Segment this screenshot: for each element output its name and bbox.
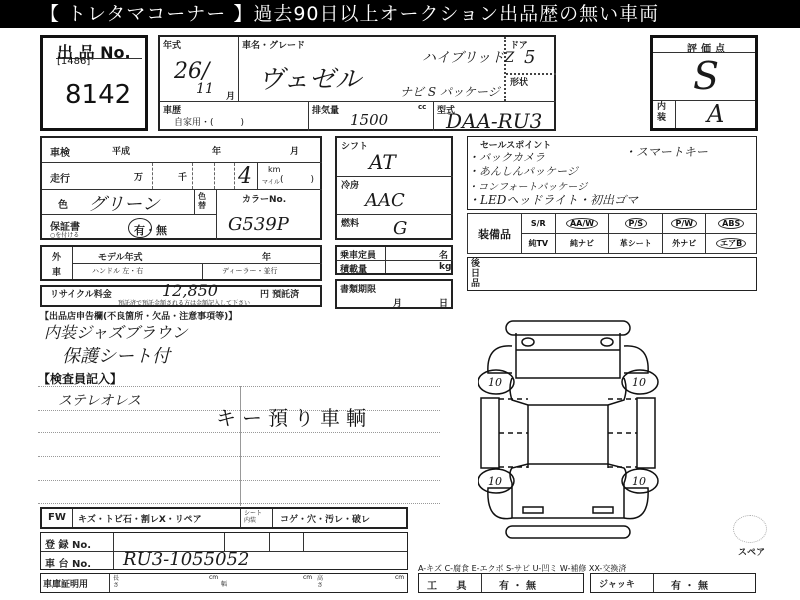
model-value: DAA-RU3 (446, 109, 542, 133)
car-name-label: 車名・グレード (242, 38, 305, 51)
handle-option: ハンドル 左・右 (92, 266, 143, 276)
tools-block: 工 具 有 ・ 無 (418, 573, 584, 593)
garage-width: 幅 (221, 579, 227, 588)
equip-airbag: エアB (716, 238, 746, 249)
equip-abs: ABS (718, 218, 744, 229)
spare-label: スペア (738, 545, 765, 558)
equip-ext-nav: 外ナビ (663, 234, 706, 254)
seller-note-2: 保護シート付 (62, 342, 170, 368)
foreign-label-1: 外 (52, 250, 61, 263)
color-label: 色 (58, 196, 68, 211)
color-change-label: 色替 (198, 192, 208, 210)
grade-score-box: 評価点 S 内装 A (650, 35, 758, 131)
fw-items: キズ・トビ石・割レX・リペア (78, 512, 202, 525)
equip-aaw: AA/W (566, 218, 598, 229)
recycle-label: リサイクル料金 (50, 287, 112, 300)
tire-mark-rear-left: 10 (488, 475, 502, 488)
later-items-label: 後日品 (471, 259, 481, 289)
tools-label: 工 具 (427, 577, 474, 592)
dealer-option: ディーラー・並行 (222, 266, 277, 276)
sales-points-block: セールスポイント ・バックカメラ ・あんしんパッケージ ・コンフォートパッケージ… (467, 136, 757, 210)
aircon-value: AAC (365, 190, 405, 211)
garage-label: 車庫証明用 (43, 577, 88, 590)
inspector-label: 【検査員記入】 (38, 370, 122, 387)
lot-sub: [1486] (57, 56, 90, 67)
inspection-block: 車検 平成 年 月 走行 万 千 4 km マイル ( ) 色 グリーン 色替 … (40, 136, 322, 240)
fw-block: FW キズ・トビ石・割レX・リペア シート内装 コゲ・穴・汚レ・破レ (40, 507, 408, 529)
capacity-block: 乗車定員 名 積載量 kg (335, 245, 453, 275)
interior-score: A (707, 100, 724, 128)
spare-tire-icon (733, 515, 767, 543)
docs-day: 日 (439, 296, 448, 309)
displacement-unit: cc (418, 103, 426, 111)
mileage-unit-km: km (268, 165, 280, 174)
tire-mark-front-left: 10 (488, 376, 502, 389)
docs-label: 書類期限 (340, 282, 376, 295)
recycle-unit: 円 預託済 (260, 287, 299, 300)
inspector-note: ステレオレス (58, 390, 141, 410)
displacement-label: 排気量 (312, 103, 339, 116)
equip-sr: S/R (522, 214, 556, 234)
interior-label: 内装 (657, 102, 669, 124)
aircon-label: 冷房 (341, 178, 359, 191)
sales-point-extra: ・スマートキー (624, 143, 708, 160)
jack-block: ジャッキ 有 ・ 無 (590, 573, 756, 593)
mileage-sen: 千 (178, 170, 187, 183)
equip-ps: P/S (625, 218, 648, 229)
sales-point-4: ・LEDヘッドライト・初出ゴマ (468, 191, 638, 208)
later-items-block: 後日品 (467, 257, 757, 291)
key-held-stamp: キー預り車輌 (216, 402, 372, 431)
chassis-label: 車 台 No. (45, 555, 91, 570)
jack-label: ジャッキ (599, 577, 635, 590)
mileage-paren: ( ) (280, 172, 314, 185)
equipment-table: 装備品 S/R AA/W P/S P/W ABS 純TV 純ナビ 革シート 外ナ… (467, 213, 757, 254)
month-unit: 月 (226, 89, 235, 102)
tools-options: 有 ・ 無 (499, 577, 536, 592)
seat-label: シート内装 (244, 510, 266, 524)
equip-pw: P/W (671, 218, 697, 229)
seller-note-1: 内装ジャズブラウン (44, 320, 188, 343)
recycle-note: 預託済で預託金額される方は金額記入して下さい (118, 298, 250, 307)
load-label: 積載量 (340, 262, 367, 275)
shift-label: シフト (341, 139, 368, 152)
garage-height: 高さ (317, 575, 325, 589)
jack-options: 有 ・ 無 (671, 577, 708, 592)
inspection-era: 平成 (112, 144, 130, 157)
vehicle-info-block: 年式 26/ 11 月 車名・グレード ヴェゼル ハイブリッドZ ナビ S パッ… (158, 35, 556, 131)
equip-nav: 純ナビ (555, 234, 609, 254)
recycle-block: リサイクル料金 12,850 円 預託済 預託済で預託金額される方は金額記入して… (40, 285, 322, 307)
tire-mark-rear-right: 10 (632, 475, 646, 488)
fuel-label: 燃料 (341, 216, 359, 229)
shift-value: AT (369, 150, 396, 174)
year-label: 年式 (163, 38, 181, 51)
header-banner: 【 トレタマコーナー 】過去90日以上オークション出品歴の無い車両 (0, 0, 800, 28)
fuel-value: G (393, 218, 407, 239)
month-value: 11 (196, 81, 214, 97)
equip-leather: 革シート (609, 234, 663, 254)
overall-score: S (693, 54, 719, 98)
mileage-unit-mile: マイル (262, 177, 280, 186)
registration-block: 登 録 No. 車 台 No. RU3-1055052 (40, 532, 408, 570)
garage-length: 長さ (113, 575, 121, 589)
sales-point-2: ・あんしんパッケージ (468, 163, 578, 179)
drivetrain-block: シフト AT 冷房 AAC 燃料 G (335, 136, 453, 240)
garage-unit-1: cm (209, 574, 218, 581)
equipment-label: 装備品 (468, 214, 522, 254)
displacement-value: 1500 (350, 111, 388, 129)
garage-unit-3: cm (395, 574, 404, 581)
load-unit: kg (439, 262, 451, 272)
foreign-car-block: 外 車 モデル年式 年 ハンドル 左・右 ディーラー・並行 (40, 245, 322, 281)
tire-mark-front-right: 10 (632, 376, 646, 389)
seat-items: コゲ・穴・汚レ・破レ (280, 512, 370, 525)
foreign-label-2: 車 (52, 265, 61, 278)
lot-number: 8142 (65, 80, 131, 110)
color-value: グリーン (88, 190, 160, 216)
car-name: ヴェゼル (258, 59, 361, 96)
docs-block: 書類期限 月 日 (335, 279, 453, 309)
lot-number-box: 出 品 No. [1486] 8142 (40, 35, 148, 131)
model-year-label: モデル年式 (98, 250, 143, 263)
color-code: G539P (228, 214, 289, 235)
chassis-number: RU3-1055052 (123, 549, 249, 570)
garage-block: 車庫証明用 長さ cm 幅 cm 高さ cm (40, 573, 408, 593)
garage-unit-2: cm (303, 574, 312, 581)
docs-month: 月 (393, 296, 402, 309)
car-grade: ハイブリッドZ (422, 47, 514, 67)
equip-tv: 純TV (522, 234, 556, 254)
warranty-note: ○を付ける (50, 230, 79, 239)
mileage-label: 走行 (50, 170, 70, 185)
model-year-unit: 年 (262, 250, 271, 263)
history-value: 自家用・( ) (174, 115, 244, 128)
inspection-year-unit: 年 (212, 144, 221, 157)
fw-label: FW (48, 512, 66, 523)
doors-value: 5 (524, 47, 535, 68)
mileage-man: 万 (134, 170, 143, 183)
car-damage-diagram: 10 10 10 10 (478, 318, 758, 540)
inspection-label: 車検 (50, 144, 70, 159)
color-code-label: カラーNo. (242, 192, 286, 205)
car-package: ナビ S パッケージ (400, 83, 500, 100)
inspection-month-unit: 月 (290, 144, 299, 157)
registration-label: 登 録 No. (45, 536, 91, 551)
shape-label: 形状 (510, 75, 528, 88)
mileage-value: 4 (238, 164, 252, 189)
warranty-circle (128, 218, 152, 238)
